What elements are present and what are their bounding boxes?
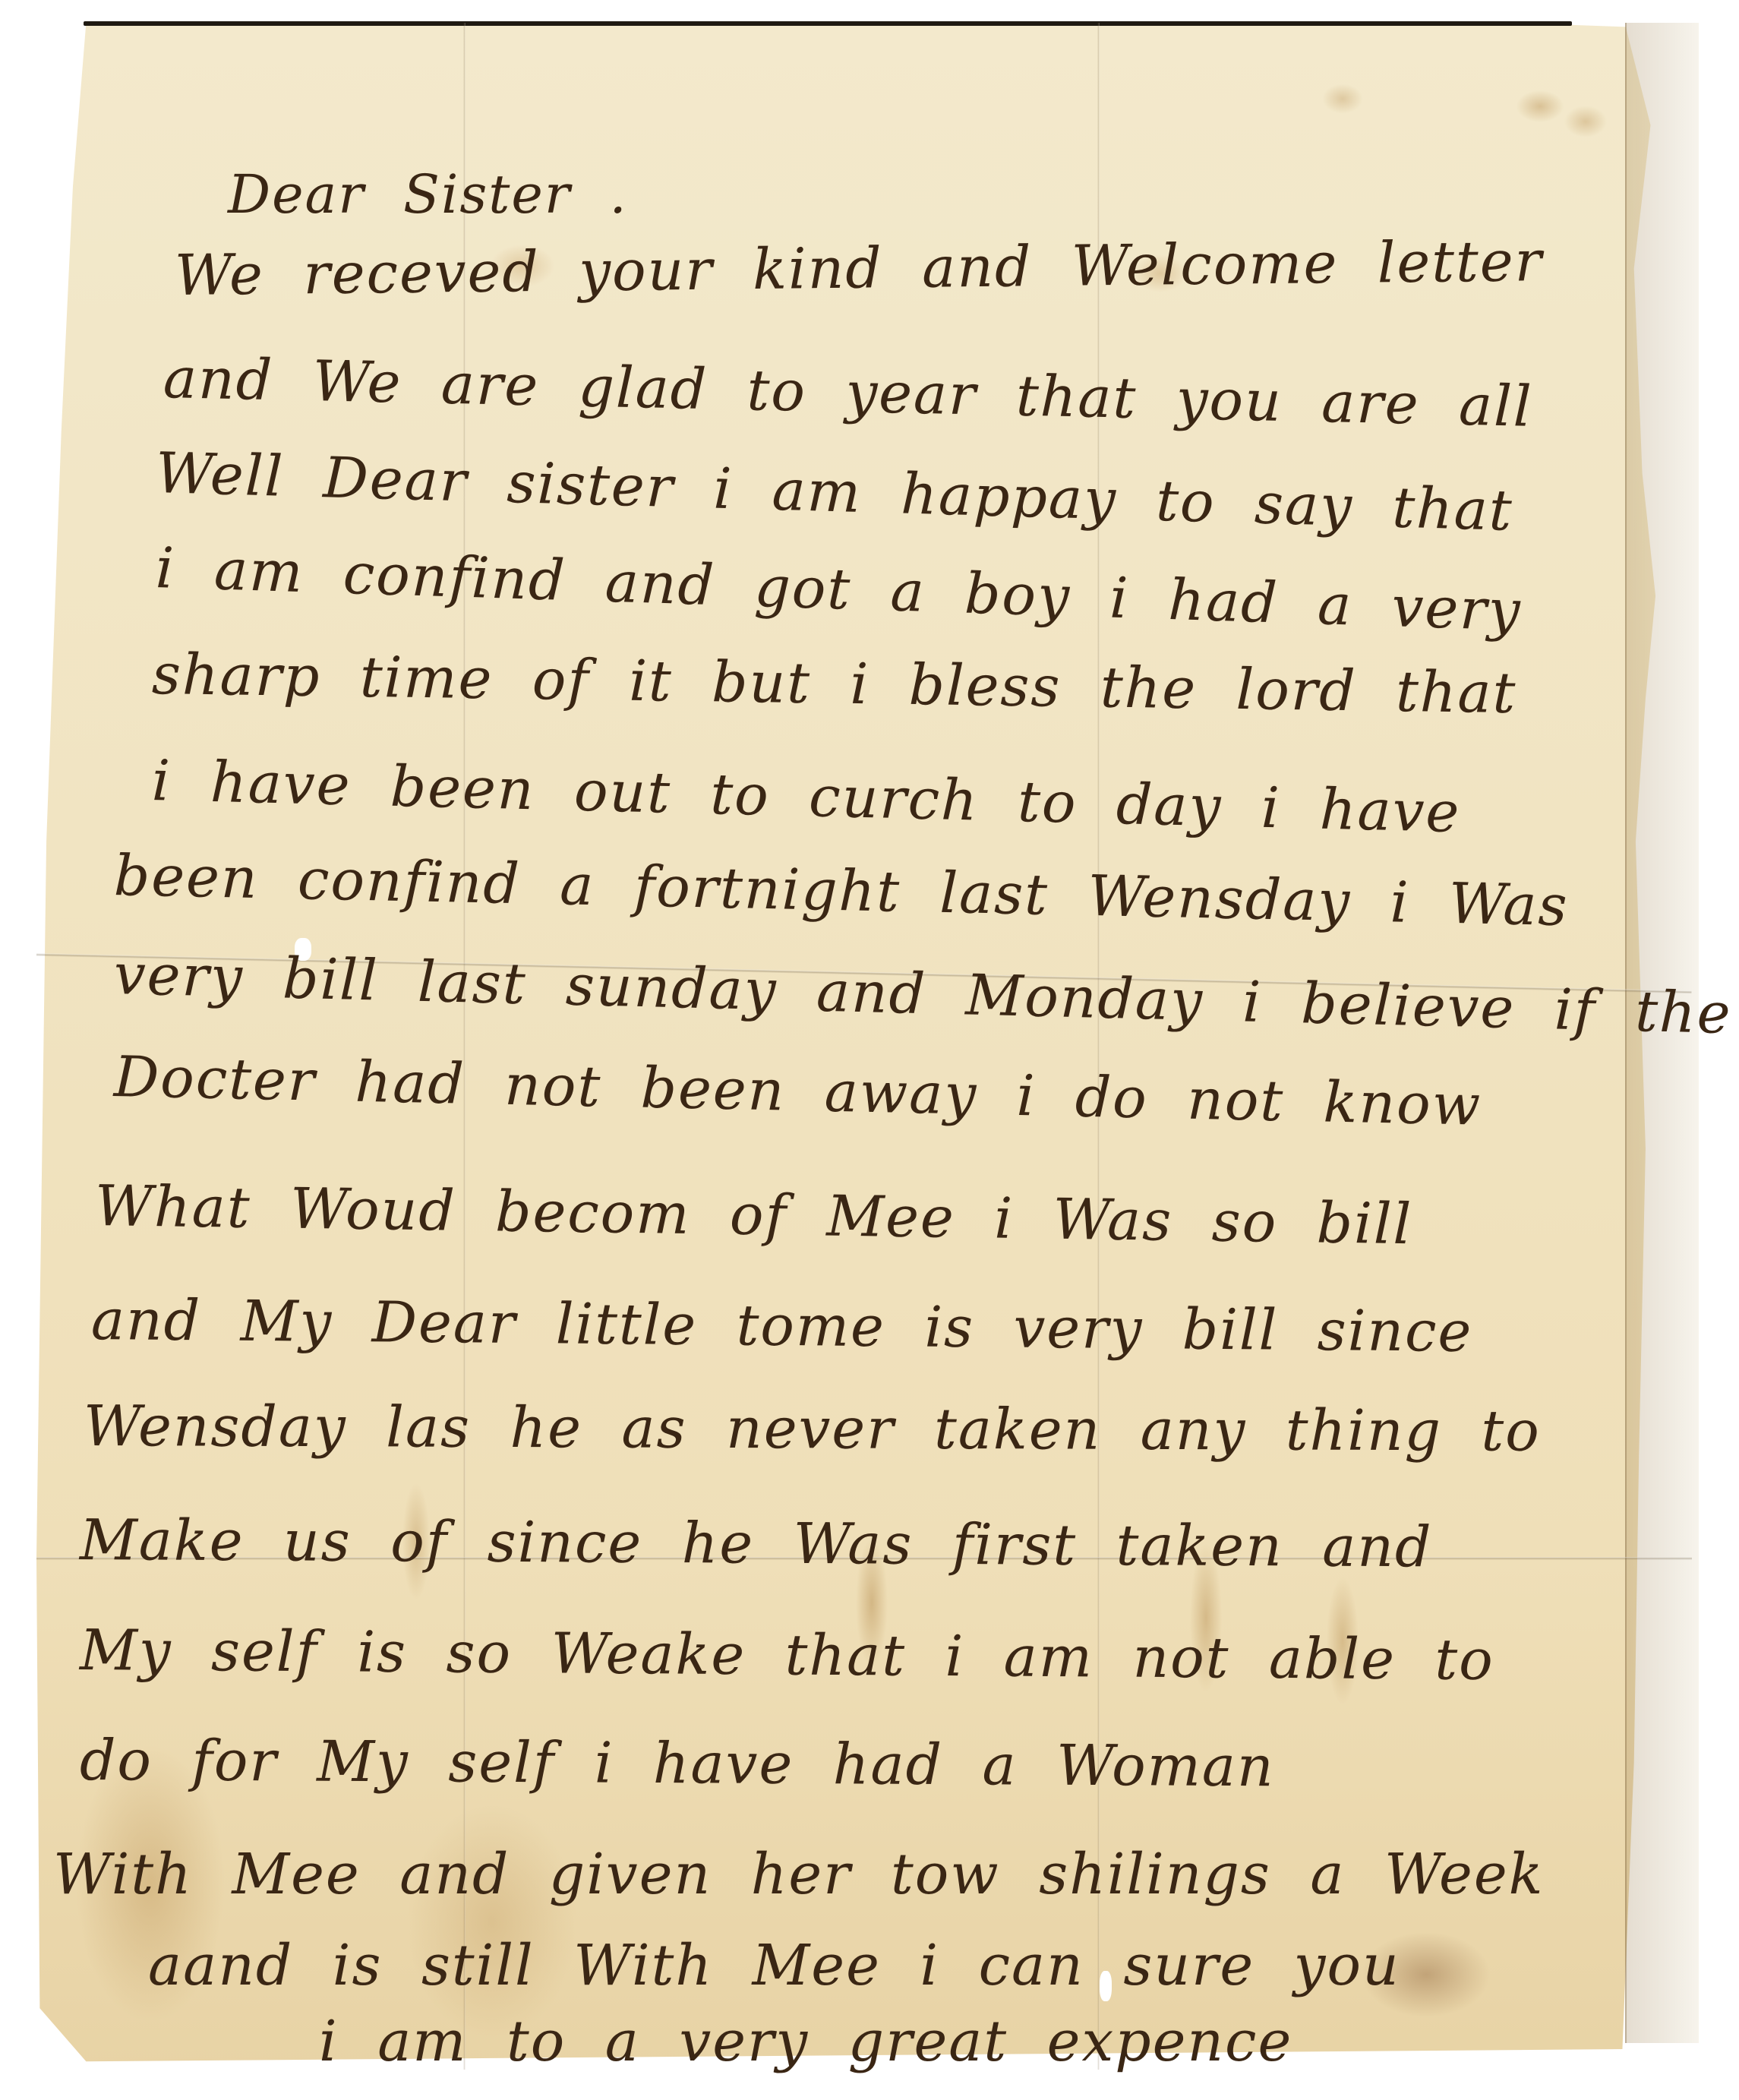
letter-line-6: i have been out to curch to day i have — [151, 748, 1461, 845]
letter-text: Dear Sister . We receved your kind and W… — [0, 0, 1739, 2100]
letter-line-5: sharp time of it but i bless the lord th… — [151, 642, 1517, 726]
letter-line-14: My self is so Weake that i am not able t… — [80, 1618, 1494, 1693]
salutation: Dear Sister . — [228, 163, 628, 226]
letter-line-17: aand is still With Mee i can sure you — [148, 1933, 1400, 1998]
letter-line-8: very bill last sunday and Monday i belie… — [113, 942, 1733, 1047]
letter-line-3: Well Dear sister i am happay to say that — [155, 441, 1514, 544]
letter-line-11: and My Dear little tome is very bill sin… — [91, 1287, 1473, 1365]
letter-line-18: i am to a very great expence — [319, 2009, 1292, 2074]
letter-line-12: Wensday las he as never taken any thing … — [84, 1394, 1541, 1464]
letter-line-9: Docter had not been away i do not know — [113, 1044, 1482, 1138]
letter-line-16: With Mee and given her tow shilings a We… — [53, 1842, 1544, 1907]
letter-line-13: Make us of since he Was first taken and — [80, 1508, 1433, 1580]
letter-line-2: and We are glad to year that you are all — [163, 346, 1533, 440]
letter-line-10: What Woud becom of Mee i Was so bill — [94, 1173, 1412, 1257]
letter-line-15: do for My self i have had a Woman — [80, 1728, 1275, 1799]
letter-line-4: i am confind and got a boy i had a very — [155, 535, 1523, 643]
letter-line-1: We receved your kind and Welcome letter — [175, 229, 1544, 308]
letter-line-7: been confind a fortnight last Wensday i … — [113, 843, 1569, 939]
